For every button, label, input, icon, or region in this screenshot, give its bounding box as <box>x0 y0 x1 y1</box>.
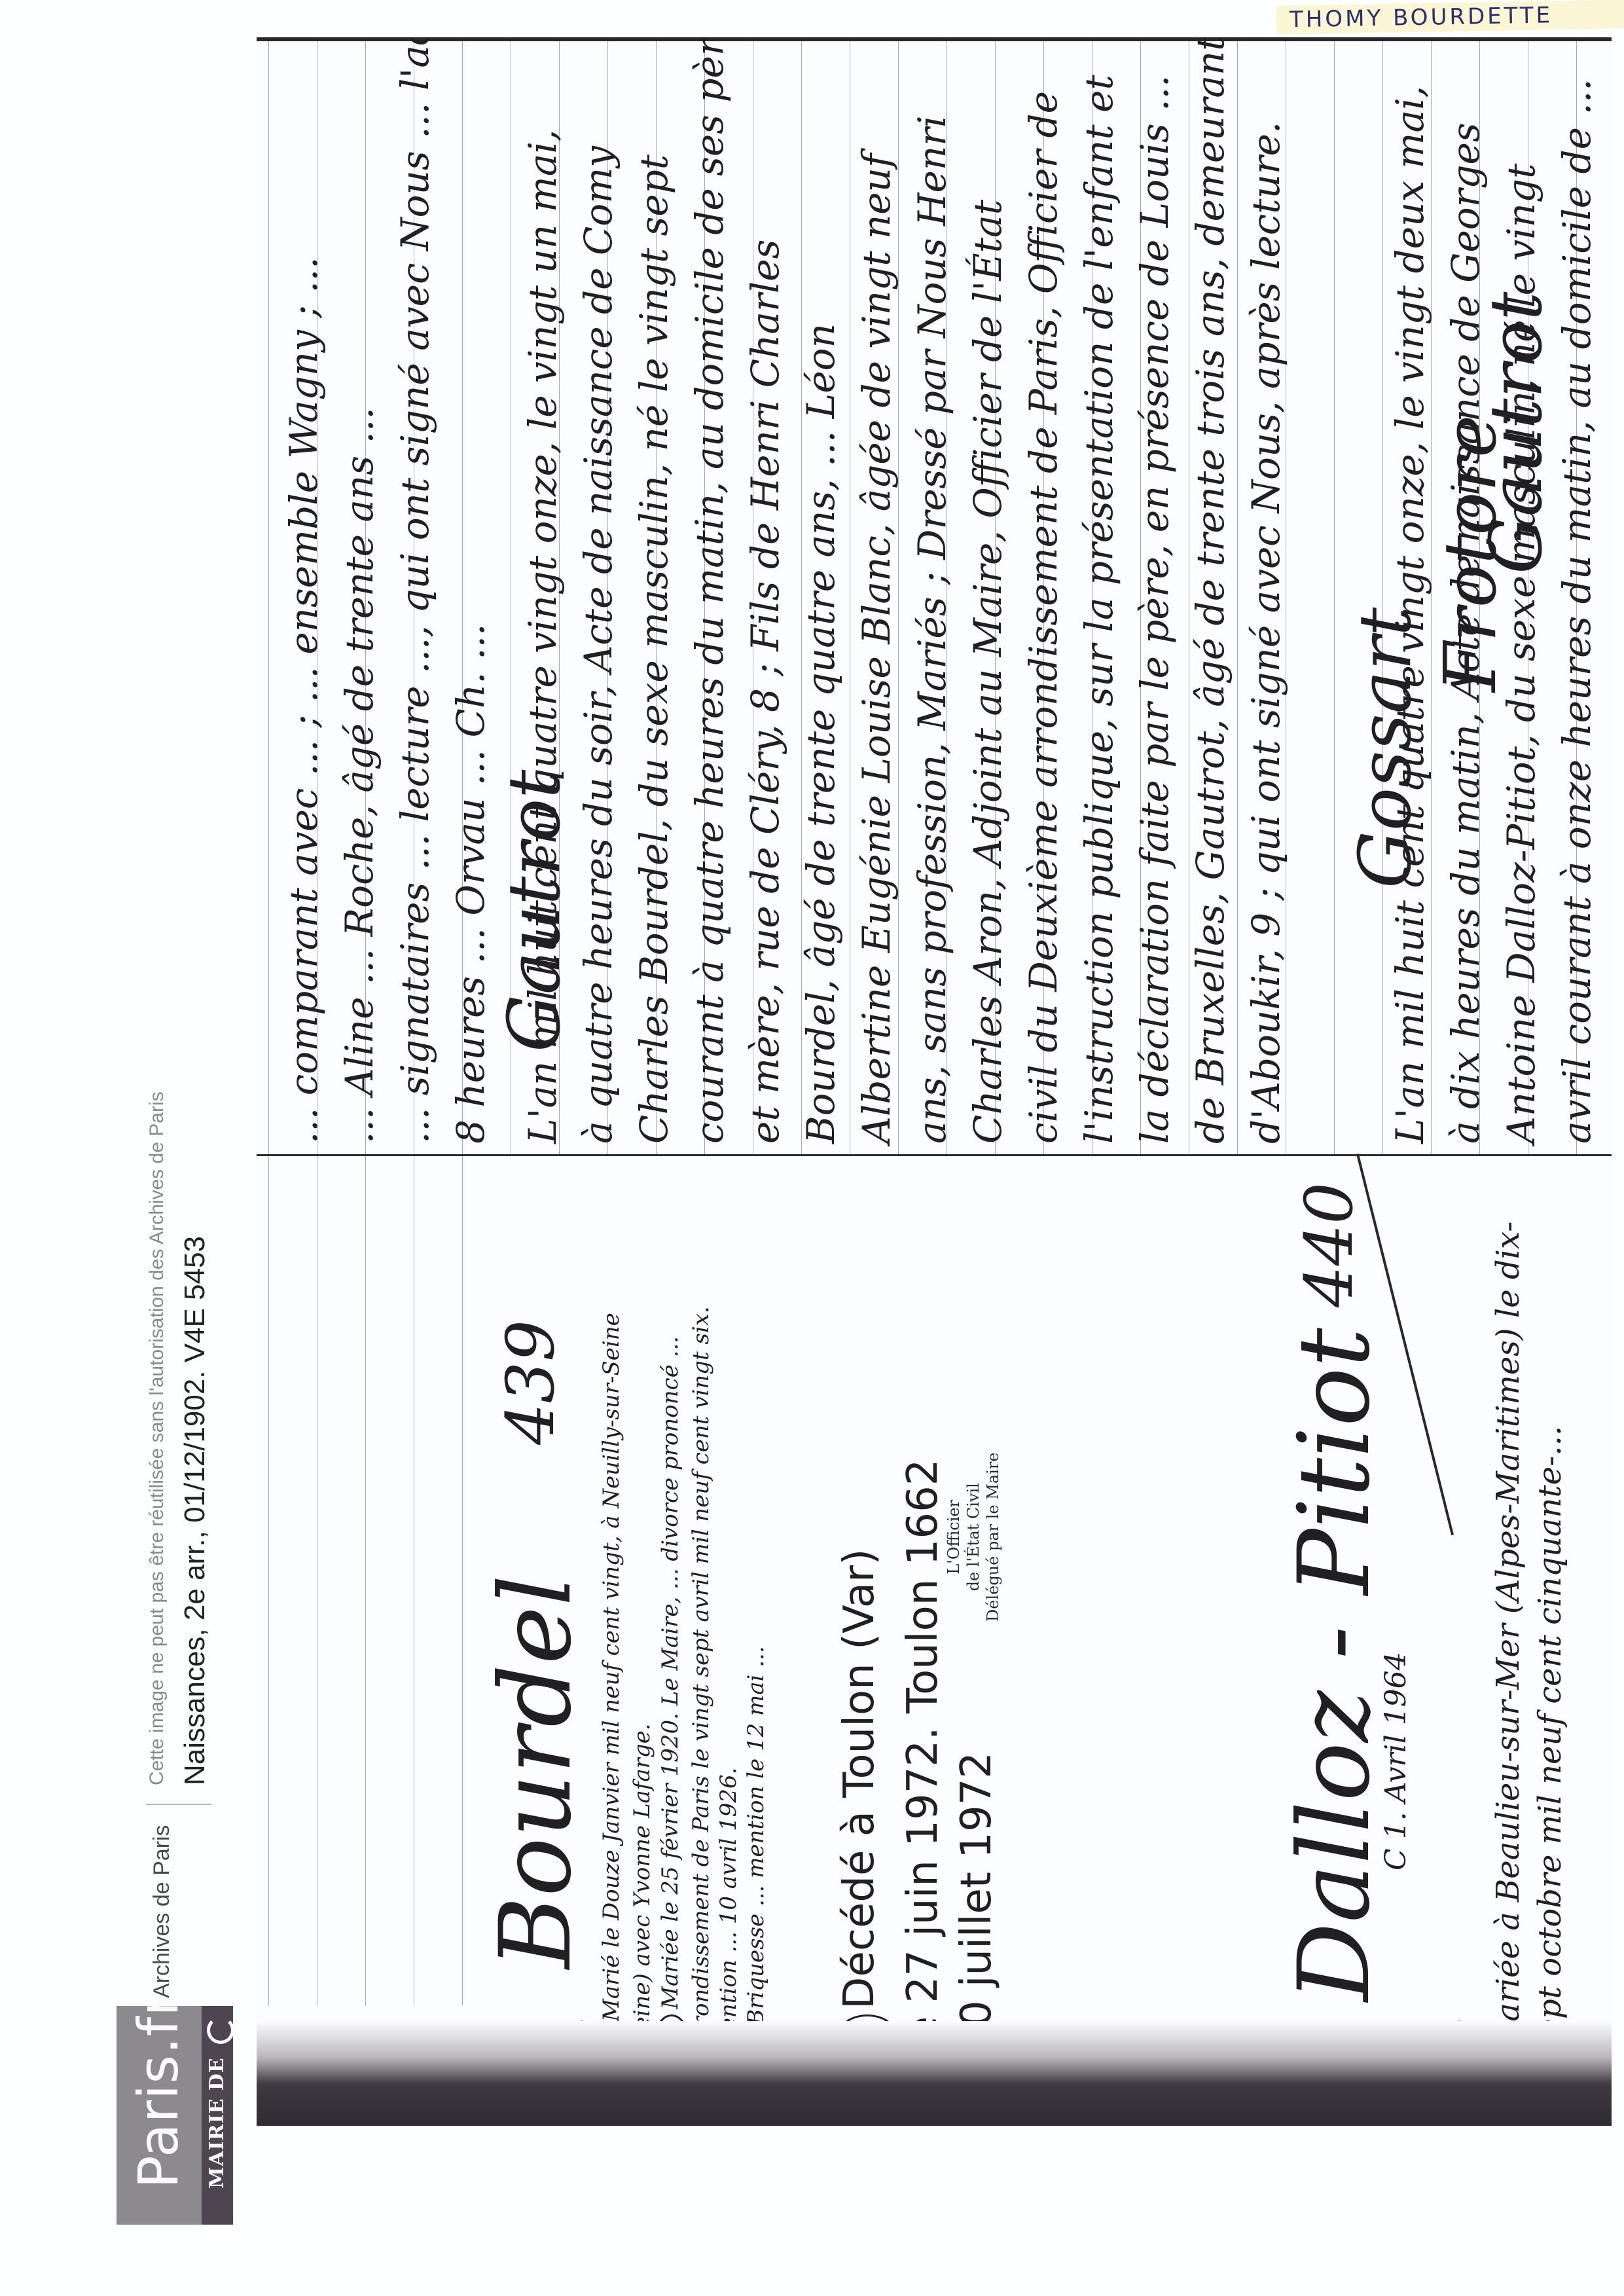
text-line: de Bruxelles, Gautrot, âgé de trente tro… <box>1183 37 1238 1144</box>
text-line: d'Aboukir, 9 ; qui ont signé avec Nous, … <box>1238 37 1294 1144</box>
logo-wordmark: Paris.fr <box>131 2006 186 2189</box>
previous-record-continuation: ... comparant avec ... ; ... ensemble Wa… <box>276 37 499 1144</box>
text-line: à quatre heures du soir, Acte de naissan… <box>571 37 626 1144</box>
register-scan: ... comparant avec ... ; ... ensemble Wa… <box>257 37 1612 2126</box>
annotation-text: Mariée le 25 février 1920. Le Maire, ...… <box>657 1306 742 2054</box>
logo-subtitle: MAIRIE DE PARIS <box>202 2006 233 2225</box>
record-439-number: 439 <box>492 1320 569 1445</box>
text-line: Charles Bourdel, du sexe masculin, né le… <box>626 37 682 1144</box>
record-440-annotation: Mariée à Beaulieu-sur-Mer (Alpes-Maritim… <box>1487 1170 1571 2054</box>
record-439-surname: Bourdel <box>479 1575 593 1969</box>
text-line: la déclaration faite par le père, en pré… <box>1127 37 1183 1144</box>
death-note-line: 14Décédé à Toulon (Var) <box>833 1459 896 2054</box>
archives-label: Archives de Paris <box>149 1825 175 1998</box>
text-line: l'instruction publique, sur la présentat… <box>1072 37 1127 1144</box>
text-line: avril courant à onze heures du matin, au… <box>1549 79 1605 1144</box>
text-line: L'an mil huit cent quatre vingt onze, le… <box>1382 79 1438 1144</box>
logo-subtitle-text: MAIRIE DE PARIS <box>206 2057 233 2189</box>
annotation: 15Mariée le 25 février 1920. Le Maire, .… <box>656 1268 742 2054</box>
annotation-text: Marié le Douze Janvier mil neuf cent vin… <box>598 1313 655 2054</box>
paris-logo: Paris.fr MAIRIE DE PARIS <box>117 2006 233 2225</box>
swirl-logo-icon <box>207 2016 233 2044</box>
record-439-body: L'an mil huit cent quatre vingt onze, le… <box>515 37 1294 1144</box>
record-439-annotations: 7Marié le Douze Janvier mil neuf cent vi… <box>597 1268 770 2054</box>
book-spine-shadow <box>257 2021 1612 2126</box>
record-440-body: L'an mil huit cent quatre vingt onze, le… <box>1382 79 1605 1144</box>
text-line: et mère, rue de Cléry, 8 ; Fils de Henri… <box>738 37 793 1144</box>
text-line: à dix heures du matin, Acte de naissance… <box>1438 79 1494 1144</box>
text-line: Antoine Dalloz-Pitiot, du sexe masculin,… <box>1494 79 1549 1144</box>
record-440-surname: Dalloz - Pitiot <box>1278 1328 1392 2001</box>
stamp-line: de l'État Civil <box>964 1453 983 1622</box>
annotation: 7Marié le Douze Janvier mil neuf cent vi… <box>597 1268 656 2054</box>
record-reference: Naissances, 2e arr., 01/12/1902. V4E 545… <box>179 1236 211 1785</box>
death-note-text: Décédé à Toulon (Var) <box>835 1549 884 2009</box>
record-440-number: 440 <box>1291 1182 1367 1307</box>
text-line: ans, sans profession, Mariés ; Dressé pa… <box>905 37 960 1144</box>
text-line: Bourdel, âgé de trente quatre ans, ... L… <box>793 37 849 1144</box>
text-line: ... signataires ... lecture ..., qui ont… <box>388 37 443 1144</box>
death-note-line: le 27 juin 1972. Toulon 1662 <box>896 1459 950 2054</box>
text-line: L'an mil huit cent quatre vingt onze, le… <box>515 37 571 1144</box>
text-line: ... Aline ... Roche, âgé de trente ans .… <box>332 37 388 1144</box>
ruled-line <box>268 41 269 2005</box>
caption-divider <box>146 1804 211 1805</box>
text-line: 8 heures ... Orvau ... Ch. ... <box>443 37 499 1144</box>
caption-group: Archives de Paris Cette image ne peut pa… <box>117 37 234 2001</box>
text-line: courant à quatre heures du matin, au dom… <box>682 37 738 1144</box>
text-line: ... comparant avec ... ; ... ensemble Wa… <box>276 37 332 1144</box>
stamp-line: Délégué par le Maire <box>983 1453 1003 1622</box>
handwritten-corner-note: THOMY BOURDETTE <box>1276 0 1624 35</box>
ruled-line <box>1334 41 1335 1154</box>
stamp-line: L'Officier <box>944 1453 964 1622</box>
annotation-text: ... Briquesse ... mention le 12 mai ... <box>743 1646 769 2054</box>
margin-rule <box>257 1154 1612 1156</box>
text-line: Albertine Eugénie Louise Blanc, âgée de … <box>849 37 905 1144</box>
reuse-notice: Cette image ne peut pas être réutilisée … <box>146 1091 168 1785</box>
annotation: ... Briquesse ... mention le 12 mai ... <box>742 1268 770 2054</box>
record-440-reference: C 1. Avril 1964 <box>1382 1652 1410 1870</box>
officer-stamp: L'Officier de l'État Civil Délégué par l… <box>944 1453 1003 1622</box>
archive-header-strip: Archives de Paris Cette image ne peut pa… <box>117 37 234 2228</box>
text-line: Charles Aron, Adjoint au Maire, Officier… <box>960 37 1016 1144</box>
text-line: civil du Deuxième arrondissement de Pari… <box>1016 37 1072 1144</box>
